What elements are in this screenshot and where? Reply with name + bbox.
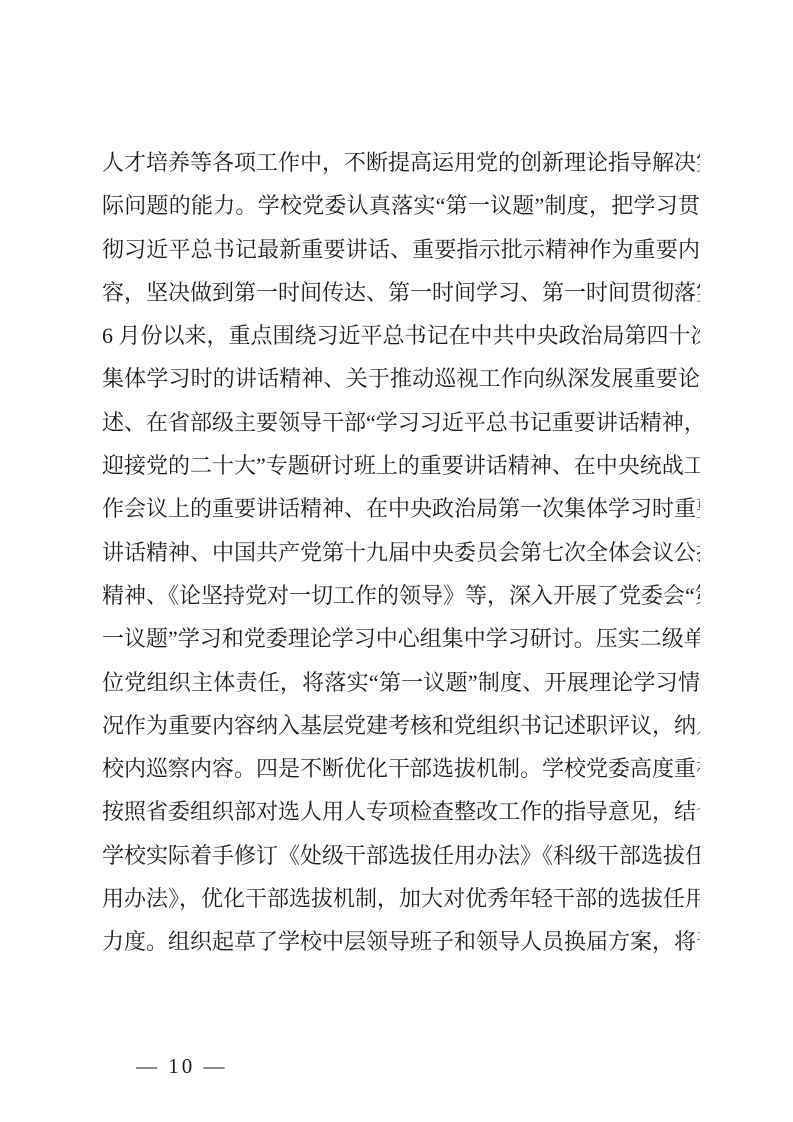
text-line: 人才培养等各项工作中，不断提高运用党的创新理论指导解决实 <box>102 141 700 184</box>
page-number: — 10 — <box>136 1054 228 1078</box>
text-line: 容，坚决做到第一时间传达、第一时间学习、第一时间贯彻落实。 <box>102 271 700 314</box>
text-line: 述、在省部级主要领导干部“学习习近平总书记重要讲话精神， <box>102 401 700 444</box>
text-line: 彻习近平总书记最新重要讲话、重要指示批示精神作为重要内 <box>102 228 700 271</box>
text-line: 况作为重要内容纳入基层党建考核和党组织书记述职评议，纳入 <box>102 704 700 747</box>
text-line: 用办法》，优化干部选拔机制，加大对优秀年轻干部的选拔任用 <box>102 877 700 920</box>
document-page: 人才培养等各项工作中，不断提高运用党的创新理论指导解决实 际问题的能力。学校党委… <box>0 0 793 1122</box>
paragraph-text: 人才培养等各项工作中，不断提高运用党的创新理论指导解决实 际问题的能力。学校党委… <box>102 141 700 964</box>
text-line: 6 月份以来，重点围绕习近平总书记在中共中央政治局第四十次 <box>102 314 700 357</box>
text-line: 集体学习时的讲话精神、关于推动巡视工作向纵深发展重要论 <box>102 357 700 400</box>
text-line: 一议题”学习和党委理论学习中心组集中学习研讨。压实二级单 <box>102 617 700 660</box>
text-line: 迎接党的二十大”专题研讨班上的重要讲话精神、在中央统战工 <box>102 444 700 487</box>
text-line: 学校实际着手修订《处级干部选拔任用办法》《科级干部选拔任 <box>102 834 700 877</box>
text-line: 作会议上的重要讲话精神、在中央政治局第一次集体学习时重要 <box>102 487 700 530</box>
text-line: 位党组织主体责任，将落实“第一议题”制度、开展理论学习情 <box>102 661 700 704</box>
page-footer: — 10 — <box>103 1029 228 1104</box>
text-line: 按照省委组织部对选人用人专项检查整改工作的指导意见，结合 <box>102 790 700 833</box>
text-line: 际问题的能力。学校党委认真落实“第一议题”制度，把学习贯 <box>102 184 700 227</box>
text-line: 精神、《论坚持党对一切工作的领导》等，深入开展了党委会“第 <box>102 574 700 617</box>
text-line: 讲话精神、中国共产党第十九届中央委员会第七次全体会议公报 <box>102 531 700 574</box>
text-line: 校内巡察内容。四是不断优化干部选拔机制。学校党委高度重视， <box>102 747 700 790</box>
text-line: 力度。组织起草了学校中层领导班子和领导人员换届方案，将干 <box>102 920 700 963</box>
